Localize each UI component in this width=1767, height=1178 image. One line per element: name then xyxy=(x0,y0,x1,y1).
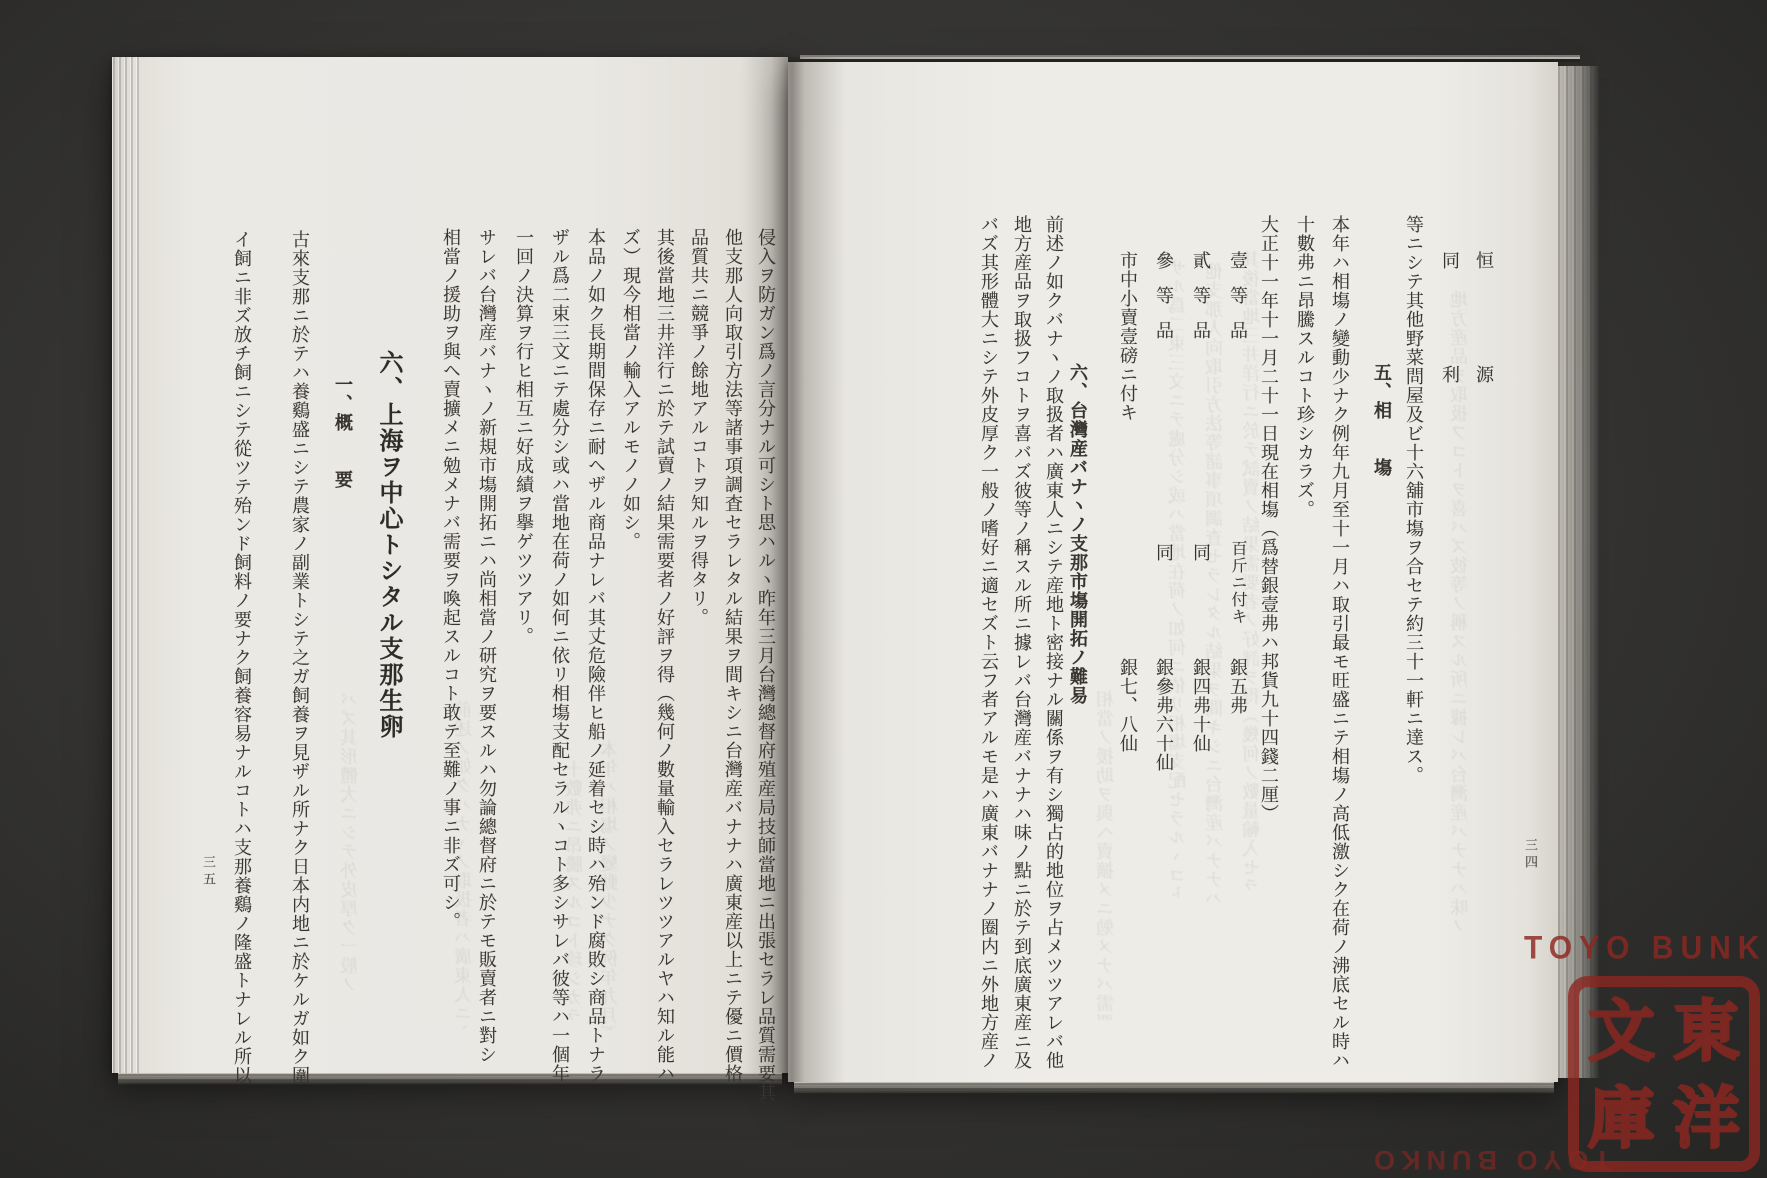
shop-name-column: 恒 源 xyxy=(1470,251,1496,384)
bleedthrough-text: 地方産品ヲ取扱フコトヲ喜バズ彼等ノ稱スル所ニ據レバ台灣産バナナハ味ノ點ニ於テ到底… xyxy=(1448,290,1474,930)
section5-heading: 五、相 塲 xyxy=(1368,363,1394,477)
page-edge-stack-bottom xyxy=(118,1073,782,1085)
toyo-bunko-seal: 文 東 庫 洋 xyxy=(1568,976,1760,1172)
page-number-right: 三四 xyxy=(1516,838,1542,872)
text-column: 侵入ヲ防ガン爲ノ言分ナル可シト思ハルヽ昨年三月台灣總督府殖産局技師當地ニ出張セラ… xyxy=(752,228,778,1102)
book-scan-photo: 地方産品ヲ取扱フコトヲ喜バズ彼等ノ稱スル所ニ據レバ台灣産バナナハ味ノ點ニ於テ到底… xyxy=(0,0,1767,1178)
text-column: 地方産品ヲ取扱フコトヲ喜バズ彼等ノ稱スル所ニ據レバ台灣産バナナハ味ノ點ニ於テ到底… xyxy=(1008,215,1034,1070)
page-edge-stack-right xyxy=(1556,66,1600,1078)
text-column: 大正十一年十一月二十一日現在相塲（爲替銀壹弗ハ邦貨九十四錢二厘） xyxy=(1255,215,1281,823)
text-column: 他支那人向取引方法等諸事項調査セラレタル結果ヲ間キシニ台灣産バナナハ廣東産以上ニ… xyxy=(719,228,745,1083)
seal-character: 洋 xyxy=(1674,1085,1740,1151)
toyo-bunko-watermark-text: TOYO BUNKO xyxy=(1524,931,1767,968)
price-row-grade: 參等品 xyxy=(1150,251,1176,356)
text-column: サレバ台灣産バナヽノ新規市塲開拓ニハ尚相當ノ研究ヲ要スルハ勿論總督府ニ於テモ販賣… xyxy=(473,228,499,1064)
seal-character: 庫 xyxy=(1589,1085,1655,1151)
section6-heading: 六、台灣産バナヽノ支那市塲開拓ノ難易 xyxy=(1064,363,1090,705)
text-column: 一回ノ決算ヲ行ヒ相互ニ好成績ヲ擧ゲツツアリ。 xyxy=(510,228,536,646)
price-row-grade: 壹等品 xyxy=(1224,251,1250,356)
page-top-edge xyxy=(800,55,1580,62)
text-column: バズ其形體大ニシテ外皮厚ク一般ノ嗜好ニ適セズト云フ者アルモ是ハ廣東バナナノ圈内ニ… xyxy=(975,215,1001,1070)
text-column: 本年ハ相塲ノ變動少ナク例年九月至十一月ハ取引最モ旺盛ニテ相塲ノ高低激シク在荷ノ沸… xyxy=(1326,215,1352,1070)
text-column: 等ニシテ其他野菜問屋及ビ十六舖市塲ヲ合セテ約三十一軒ニ達ス。 xyxy=(1400,215,1426,785)
text-column: 古來支那ニ於テハ養鷄盛ニシテ農家ノ副業トシテ之ガ飼養ヲ見ザル所ナク日本内地ニ於ケ… xyxy=(286,230,312,1085)
price-row-price: 銀七、八仙 xyxy=(1114,658,1140,753)
price-row-unit: 同 xyxy=(1187,543,1213,562)
bleedthrough-text: バズ其形體大ニシテ外皮厚ク一般ノ嗜好ニ適セズト云フ者アルモ是ハ廣東バナナノ圈内ニ… xyxy=(338,690,364,990)
price-row-price: 銀四弗十仙 xyxy=(1187,658,1213,753)
page-number-left: 三五 xyxy=(194,855,220,889)
toyo-bunko-watermark-text-inverted: TOYO BUNKO xyxy=(1368,1144,1611,1175)
text-column: 相當ノ援助ヲ與ヘ賣擴メニ勉メナバ需要ヲ喚起スルコト敢テ至難ノ事ニ非ズ可シ。 xyxy=(437,228,463,931)
chapter-subheading: 一、概 要 xyxy=(329,375,355,489)
chapter-heading: 六、上海ヲ中心トシタル支那生卵 xyxy=(372,350,406,740)
text-column: ザル爲二束三文ニテ處分シ或ハ當地在荷ノ如何ニ依リ相塲支配セラルヽコト多シサレバ彼… xyxy=(546,228,572,1083)
text-column: ズ）現今相當ノ輸入アルモノノ如シ。 xyxy=(617,228,643,551)
page-edge-stack-left xyxy=(112,57,140,1073)
text-column: 其後當地三井洋行ニ於テ試賣ノ結果需要者ノ好評ヲ得（幾何ノ數量輸入セラレツツアルヤ… xyxy=(651,228,677,1083)
text-column: 十數弗ニ昂騰スルコト珍シカラズ。 xyxy=(1291,215,1317,519)
text-column: 品質共ニ競爭ノ餘地アルコトヲ知ルヲ得タリ。 xyxy=(685,228,711,627)
price-row-price: 銀參弗六十仙 xyxy=(1150,658,1176,772)
shop-name-column: 同 利 xyxy=(1436,251,1462,384)
price-row-unit: 同 xyxy=(1150,543,1176,562)
price-row-grade: 市中小賣壹磅ニ付キ xyxy=(1114,251,1140,422)
price-row-grade: 貳等品 xyxy=(1187,251,1213,356)
seal-character: 文 xyxy=(1589,998,1655,1064)
text-column: イ飼ニ非ズ放チ飼ニシテ從ツテ殆ンド飼料ノ要ナク飼養容易ナルコトハ支那養鷄ノ隆盛ト… xyxy=(228,230,254,1085)
price-row-unit: 百斤ニ付キ xyxy=(1225,540,1251,625)
page-edge-stack-bottom xyxy=(794,1082,1554,1094)
text-column: 本品ノ如ク長期間保存ニ耐ヘザル商品ナレバ其丈危險伴ヒ船ノ延着セシ時ハ殆ンド腐敗シ… xyxy=(582,228,608,1083)
seal-character: 東 xyxy=(1674,998,1740,1064)
text-column: 前述ノ如クバナヽノ取扱者ハ廣東人ニシテ産地ト密接ナル關係ヲ有シ獨占的地位ヲ占メツ… xyxy=(1040,215,1066,1070)
price-row-price: 銀五弗 xyxy=(1224,658,1250,715)
